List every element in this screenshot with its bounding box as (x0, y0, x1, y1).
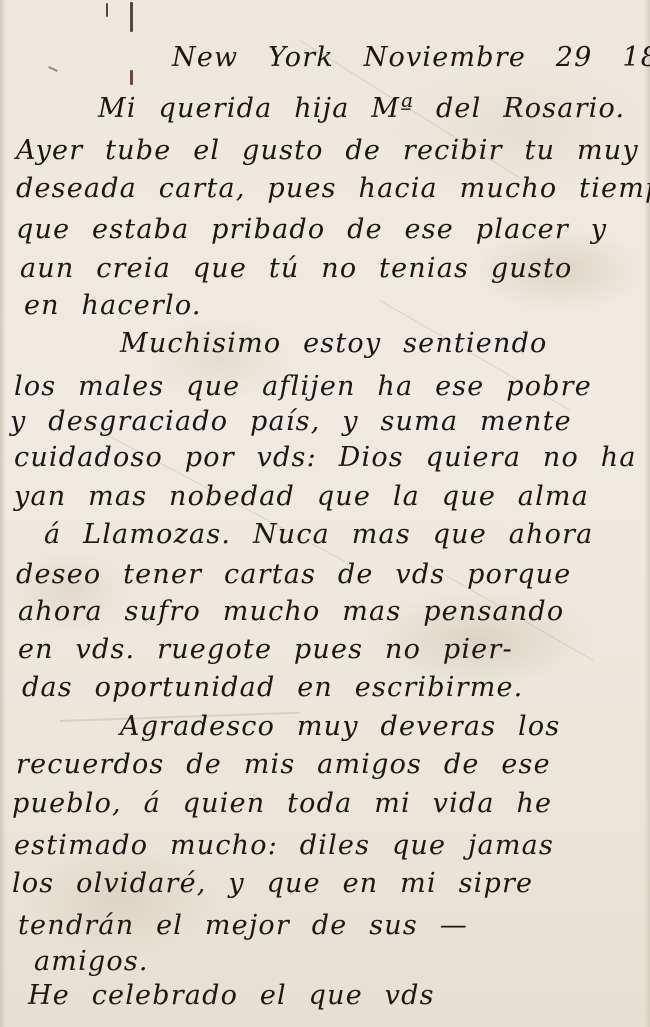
letter-line: pueblo, á quien toda mi vida he (12, 790, 552, 817)
letter-line: los olvidaré, y que en mi sipre (12, 870, 533, 897)
letter-line: ahora sufro mucho mas pensando (18, 598, 564, 625)
letter-line: das oportunidad en escribirme. (22, 674, 523, 701)
letter-line: Agradesco muy deveras los (120, 713, 560, 740)
place-date-heading: New York Noviembre 29 1856 (172, 44, 650, 71)
letter-line: Ayer tube el gusto de recibir tu muy (16, 137, 639, 164)
letter-line: tendrán el mejor de sus — (18, 912, 468, 939)
salutation: Mi querida hija Mª del Rosario. (98, 95, 625, 122)
letter-line: y desgraciado país, y suma mente (10, 408, 572, 435)
letter-line: amigos. (34, 948, 149, 975)
letter-line: en vds. ruegote pues no pier- (18, 636, 513, 663)
letter-line: deseo tener cartas de vds porque (16, 561, 571, 588)
letter-line: Muchisimo estoy sentiendo (120, 330, 548, 357)
letter-line: He celebrado el que vds (28, 982, 435, 1009)
letter-line: que estaba pribado de ese placer y (16, 216, 607, 243)
letter-line: deseada carta, pues hacia mucho tiempo (16, 175, 650, 202)
letter-line: cuidadoso por vds: Dios quiera no ha (14, 444, 637, 471)
letter-line: á Llamozas. Nuca mas que ahora (44, 521, 593, 548)
letter-line: recuerdos de mis amigos de ese (16, 751, 551, 778)
letter-body: New York Noviembre 29 1856 Mi querida hi… (0, 0, 650, 1027)
letter-line: yan mas nobedad que la que alma (14, 483, 589, 510)
letter-line: en hacerlo. (24, 292, 202, 319)
letter-line: aun creia que tú no tenias gusto (20, 255, 573, 282)
letter-line: los males que aflijen ha ese pobre (14, 373, 592, 400)
letter-line: estimado mucho: diles que jamas (14, 832, 554, 859)
letter-page: New York Noviembre 29 1856 Mi querida hi… (0, 0, 650, 1027)
